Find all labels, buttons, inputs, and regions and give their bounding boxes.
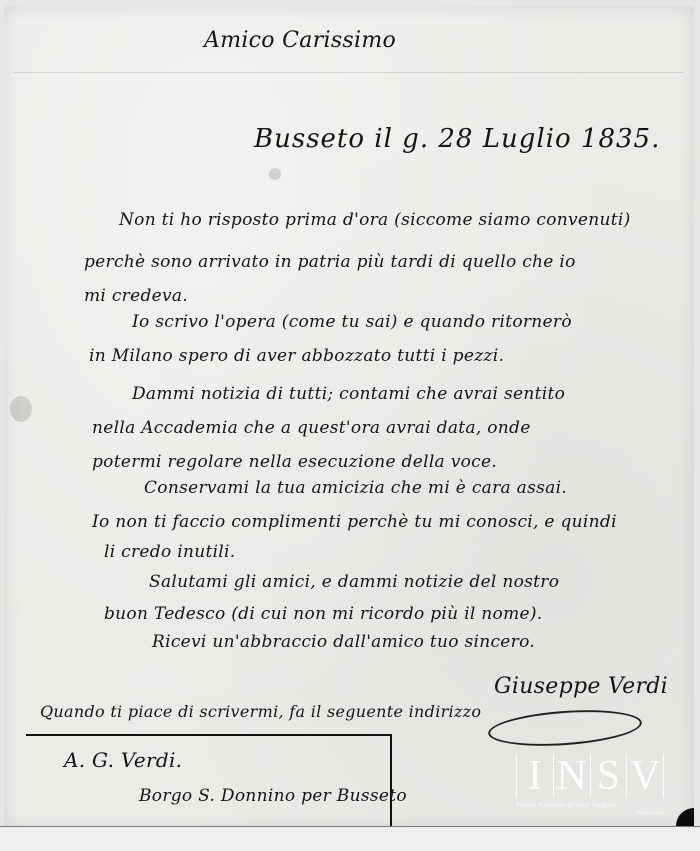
logo-letter: V xyxy=(627,754,664,798)
logo-letter: I xyxy=(517,754,554,798)
logo-subtitle: Istituto Nazionale di Studi Verdiani xyxy=(516,801,664,809)
salutation: Amico Carissimo xyxy=(204,28,396,53)
logo-letter: S xyxy=(591,754,628,798)
body-line: in Milano spero di aver abbozzato tutti … xyxy=(89,346,504,366)
logo-subtitle-2: Fondazione xyxy=(516,810,664,816)
body-line: Non ti ho risposto prima d'ora (siccome … xyxy=(119,210,631,230)
paper-stain xyxy=(269,168,281,180)
body-line: Conservami la tua amicizia che mi è cara… xyxy=(144,478,567,498)
body-line: Io non ti faccio complimenti perchè tu m… xyxy=(92,512,617,532)
paper-fold-line xyxy=(14,72,684,73)
paper-stain xyxy=(10,396,32,422)
address-line-1: A. G. Verdi. xyxy=(64,748,182,772)
body-line: potermi regolare nella esecuzione della … xyxy=(92,452,497,472)
body-line: Dammi notizia di tutti; contami che avra… xyxy=(132,384,565,404)
logo-letter: N xyxy=(554,754,591,798)
signature-flourish xyxy=(487,706,643,751)
body-line: li credo inutili. xyxy=(104,542,236,562)
letter-page: Amico Carissimo Busseto il g. 28 Luglio … xyxy=(4,6,694,828)
body-line: perchè sono arrivato in patria più tardi… xyxy=(84,252,576,272)
body-line: Ricevi un'abbraccio dall'amico tuo since… xyxy=(152,632,535,652)
address-line-2: Borgo S. Donnino per Busseto xyxy=(139,786,407,806)
scan-border xyxy=(0,826,700,851)
body-line: buon Tedesco (di cui non mi ricordo più … xyxy=(104,604,543,624)
insv-watermark-logo: I N S V Istituto Nazionale di Studi Verd… xyxy=(516,754,664,816)
postscript: Quando ti piace di scrivermi, fa il segu… xyxy=(40,702,481,721)
signature: Giuseppe Verdi xyxy=(494,674,668,699)
body-line: Io scrivo l'opera (come tu sai) e quando… xyxy=(132,312,572,332)
dateline: Busseto il g. 28 Luglio 1835. xyxy=(254,124,660,154)
body-line: Salutami gli amici, e dammi notizie del … xyxy=(149,572,559,592)
body-line: nella Accademia che a quest'ora avrai da… xyxy=(92,418,531,438)
body-line: mi credeva. xyxy=(84,286,188,306)
